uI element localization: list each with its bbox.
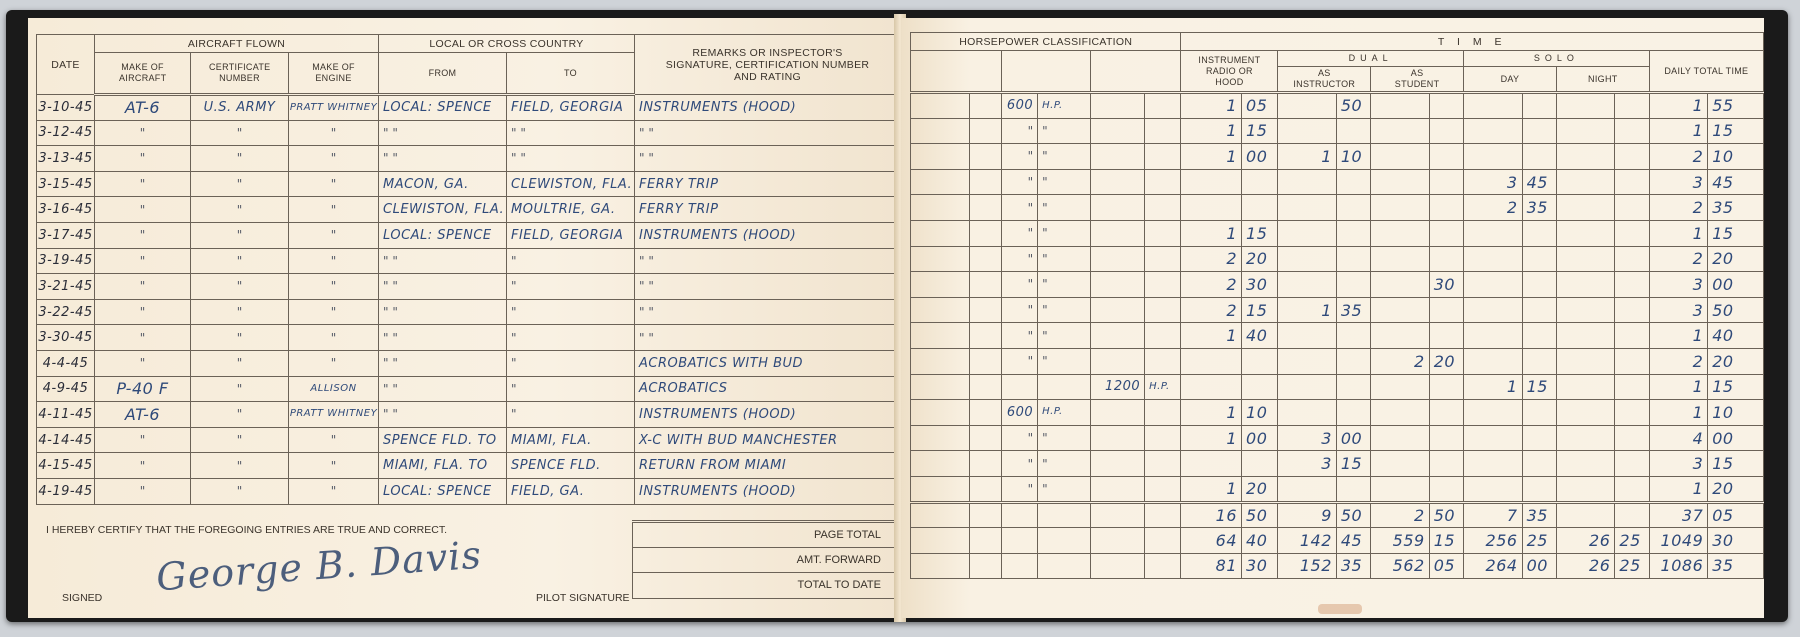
solo-night-hours	[1556, 272, 1615, 298]
dual-student-minutes: 20	[1429, 348, 1463, 374]
hp-600-value: 600	[1001, 93, 1037, 119]
pilot-signature: George B. Davis	[155, 533, 483, 600]
hp-cell	[911, 118, 970, 144]
dual-student-hours	[1371, 118, 1430, 144]
hp-1200-value	[1090, 451, 1145, 477]
dual-student-hours	[1371, 272, 1430, 298]
dual-student-total-hours: 562	[1371, 553, 1430, 579]
cell-from: " "	[379, 120, 507, 146]
instrument-hours	[1181, 348, 1242, 374]
header-from: FROM	[379, 53, 507, 95]
instrument-hours: 1	[1181, 323, 1242, 349]
cell-remarks: INSTRUMENTS (HOOD)	[635, 222, 901, 248]
dual-instructor-total-hours: 142	[1278, 528, 1337, 554]
dual-student-hours	[1371, 297, 1430, 323]
flight-log-left-table: DATE AIRCRAFT FLOWN LOCAL OR CROSS COUNT…	[36, 34, 901, 505]
log-row: 3-21-45"""" """ "	[37, 274, 901, 300]
solo-day-minutes	[1522, 348, 1556, 374]
log-row: 4-4-45"""" ""ACROBATICS WITH BUD	[37, 350, 901, 376]
cell-aircraft: "	[95, 325, 191, 351]
dual-student-minutes	[1429, 144, 1463, 170]
header-make-of-engine: MAKE OF ENGINE	[289, 53, 379, 95]
hp-1200-unit	[1145, 144, 1181, 170]
hp-cell	[969, 348, 1001, 374]
cell-from: LOCAL: SPENCE	[379, 95, 507, 121]
hp-cell	[911, 476, 970, 502]
log-row: 4-15-45"""MIAMI, FLA. TOSPENCE FLD.RETUR…	[37, 453, 901, 479]
cell-cert: "	[191, 222, 289, 248]
dual-instructor-hours	[1278, 169, 1337, 195]
hp-600-unit: "	[1038, 195, 1090, 221]
solo-day-total-hours: 256	[1464, 528, 1523, 554]
dual-instructor-minutes	[1336, 195, 1370, 221]
hp-600-value: "	[1001, 348, 1037, 374]
cell-to: "	[507, 274, 635, 300]
cell-date: 3-21-45	[37, 274, 95, 300]
hp-1200-unit	[1145, 118, 1181, 144]
dual-student-minutes	[1429, 451, 1463, 477]
hp-600-value: "	[1001, 272, 1037, 298]
hp-600-value: "	[1001, 246, 1037, 272]
hp-1200-value	[1090, 323, 1145, 349]
cell-aircraft: "	[95, 197, 191, 223]
dual-instructor-minutes: 10	[1336, 144, 1370, 170]
solo-day-minutes	[1522, 451, 1556, 477]
daily-total-hours: 1	[1649, 323, 1708, 349]
hp-cell	[969, 169, 1001, 195]
solo-day-minutes	[1522, 400, 1556, 426]
header-solo-night: NIGHT	[1556, 67, 1649, 93]
daily-total-hours: 3	[1649, 451, 1708, 477]
cell-from: " "	[379, 248, 507, 274]
solo-night-hours	[1556, 400, 1615, 426]
dual-instructor-minutes	[1336, 272, 1370, 298]
cell-cert: "	[191, 120, 289, 146]
header-time: T I M E	[1181, 33, 1764, 51]
hp-1200-value	[1090, 272, 1145, 298]
hp-1200-unit	[1145, 348, 1181, 374]
solo-day-minutes: 45	[1522, 169, 1556, 195]
daily-total-minutes: 15	[1708, 220, 1764, 246]
dual-student-hours	[1371, 425, 1430, 451]
hp-1200-value: 1200	[1090, 374, 1145, 400]
hp-600-unit: "	[1038, 118, 1090, 144]
instrument-hours: 1	[1181, 476, 1242, 502]
cell-engine: "	[289, 222, 379, 248]
hp-cell	[969, 93, 1001, 119]
hp-1200-unit	[1145, 323, 1181, 349]
hp-600-unit: "	[1038, 476, 1090, 502]
daily-total-total-minutes: 05	[1708, 502, 1764, 528]
solo-day-hours: 2	[1464, 195, 1523, 221]
dual-student-hours	[1371, 451, 1430, 477]
solo-night-hours	[1556, 220, 1615, 246]
header-remarks: REMARKS OR INSPECTOR'S SIGNATURE, CERTIF…	[635, 35, 901, 95]
dual-instructor-minutes: 50	[1336, 93, 1370, 119]
dual-instructor-hours: 3	[1278, 451, 1337, 477]
daily-total-minutes: 55	[1708, 93, 1764, 119]
daily-total-minutes: 10	[1708, 400, 1764, 426]
instrument-minutes: 20	[1242, 246, 1278, 272]
header-as-student: AS STUDENT	[1371, 67, 1464, 93]
log-row: ""215135350	[911, 297, 1764, 323]
dual-instructor-hours	[1278, 348, 1337, 374]
cell-date: 3-15-45	[37, 171, 95, 197]
dual-instructor-minutes	[1336, 348, 1370, 374]
hp-cell	[969, 451, 1001, 477]
left-page: DATE AIRCRAFT FLOWN LOCAL OR CROSS COUNT…	[28, 18, 900, 618]
solo-day-minutes	[1522, 476, 1556, 502]
hp-cell	[969, 144, 1001, 170]
daily-total-minutes: 10	[1708, 144, 1764, 170]
dual-instructor-hours	[1278, 220, 1337, 246]
cell-remarks: ACROBATICS	[635, 376, 901, 402]
cell-engine: PRATT WHITNEY	[289, 95, 379, 121]
cell-to: "	[507, 376, 635, 402]
cell-engine: "	[289, 478, 379, 504]
cell-from: LOCAL: SPENCE	[379, 478, 507, 504]
hp-cell	[911, 246, 970, 272]
cell-engine: "	[289, 197, 379, 223]
hp-1200-value	[1090, 195, 1145, 221]
cell-engine: "	[289, 299, 379, 325]
hp-cell	[969, 272, 1001, 298]
cell-from: " "	[379, 299, 507, 325]
daily-total-hours: 2	[1649, 144, 1708, 170]
dual-student-total-minutes: 05	[1429, 553, 1463, 579]
solo-night-hours	[1556, 297, 1615, 323]
dual-instructor-minutes	[1336, 169, 1370, 195]
solo-night-hours	[1556, 195, 1615, 221]
header-aircraft-flown: AIRCRAFT FLOWN	[95, 35, 379, 53]
solo-night-total-hours: 26	[1556, 553, 1615, 579]
cell-from: " "	[379, 325, 507, 351]
totals-row-amt-forward: 64401424555915256252625104930	[911, 528, 1764, 554]
dual-instructor-minutes: 00	[1336, 425, 1370, 451]
dual-student-minutes: 30	[1429, 272, 1463, 298]
daily-total-hours: 4	[1649, 425, 1708, 451]
daily-total-minutes: 45	[1708, 169, 1764, 195]
solo-day-minutes	[1522, 272, 1556, 298]
dual-instructor-hours	[1278, 374, 1337, 400]
log-row: ""100110210	[911, 144, 1764, 170]
cell-to: FIELD, GEORGIA	[507, 222, 635, 248]
solo-night-hours	[1556, 93, 1615, 119]
hp-cell	[911, 502, 970, 528]
hp-cell	[969, 323, 1001, 349]
cell-aircraft: "	[95, 299, 191, 325]
hp-1200-value	[1090, 144, 1145, 170]
hp-600-unit: "	[1038, 169, 1090, 195]
hp-cell	[969, 476, 1001, 502]
hp-col-3	[1090, 51, 1181, 93]
dual-instructor-hours	[1278, 400, 1337, 426]
hp-1200-unit	[1145, 93, 1181, 119]
daily-total-minutes: 50	[1708, 297, 1764, 323]
hp-1200-unit	[1145, 400, 1181, 426]
daily-total-hours: 1	[1649, 476, 1708, 502]
cell-engine: "	[289, 120, 379, 146]
cell-cert: "	[191, 478, 289, 504]
hp-600-value: "	[1001, 323, 1037, 349]
header-dual: DUAL	[1278, 51, 1464, 67]
solo-night-minutes	[1615, 169, 1649, 195]
dual-instructor-minutes: 15	[1336, 451, 1370, 477]
cell-date: 3-30-45	[37, 325, 95, 351]
solo-day-total-hours: 264	[1464, 553, 1523, 579]
cell-cert: "	[191, 453, 289, 479]
hp-1200-value	[1090, 348, 1145, 374]
solo-night-minutes	[1615, 374, 1649, 400]
cell-date: 4-15-45	[37, 453, 95, 479]
cell-engine: "	[289, 427, 379, 453]
solo-day-total-hours: 7	[1464, 502, 1523, 528]
cell-engine: "	[289, 274, 379, 300]
dual-instructor-total-hours: 9	[1278, 502, 1337, 528]
hp-cell	[911, 297, 970, 323]
cell-to: " "	[507, 146, 635, 172]
dual-instructor-hours: 1	[1278, 144, 1337, 170]
log-row: 3-17-45"""LOCAL: SPENCEFIELD, GEORGIAINS…	[37, 222, 901, 248]
solo-night-total-minutes: 25	[1615, 528, 1649, 554]
solo-day-minutes	[1522, 323, 1556, 349]
instrument-minutes: 40	[1242, 323, 1278, 349]
solo-day-hours	[1464, 144, 1523, 170]
dual-student-minutes	[1429, 297, 1463, 323]
hp-cell	[1090, 502, 1145, 528]
dual-student-minutes	[1429, 425, 1463, 451]
hp-600-unit: H.P.	[1038, 93, 1090, 119]
hp-cell	[911, 220, 970, 246]
hp-600-unit: "	[1038, 144, 1090, 170]
log-row: 4-14-45"""SPENCE FLD. TOMIAMI, FLA.X-C W…	[37, 427, 901, 453]
header-local-or-cross-country: LOCAL OR CROSS COUNTRY	[379, 35, 635, 53]
solo-night-minutes	[1615, 297, 1649, 323]
cell-to: "	[507, 350, 635, 376]
solo-day-minutes	[1522, 118, 1556, 144]
hp-1200-unit	[1145, 297, 1181, 323]
instrument-hours	[1181, 451, 1242, 477]
dual-instructor-minutes	[1336, 246, 1370, 272]
solo-night-minutes	[1615, 246, 1649, 272]
hp-600-unit: H.P.	[1038, 400, 1090, 426]
solo-day-hours	[1464, 246, 1523, 272]
hp-600-unit	[1038, 374, 1090, 400]
cell-aircraft: "	[95, 222, 191, 248]
solo-night-minutes	[1615, 220, 1649, 246]
right-page: HORSEPOWER CLASSIFICATION T I M E INSTRU…	[902, 18, 1764, 618]
header-to: TO	[507, 53, 635, 95]
solo-day-hours: 1	[1464, 374, 1523, 400]
cell-remarks: X-C WITH BUD MANCHESTER	[635, 427, 901, 453]
cell-date: 3-22-45	[37, 299, 95, 325]
cell-remarks: INSTRUMENTS (HOOD)	[635, 95, 901, 121]
hp-1200-value	[1090, 169, 1145, 195]
log-row: ""140140	[911, 323, 1764, 349]
daily-total-total-minutes: 30	[1708, 528, 1764, 554]
instrument-hours: 1	[1181, 118, 1242, 144]
hp-600-value: "	[1001, 220, 1037, 246]
dual-instructor-minutes	[1336, 220, 1370, 246]
cell-to: FIELD, GEORGIA	[507, 95, 635, 121]
cell-remarks: RETURN FROM MIAMI	[635, 453, 901, 479]
dual-student-total-hours: 2	[1371, 502, 1430, 528]
solo-day-hours	[1464, 93, 1523, 119]
cell-cert: "	[191, 350, 289, 376]
daily-total-total-hours: 1049	[1649, 528, 1708, 554]
cell-from: LOCAL: SPENCE	[379, 222, 507, 248]
log-row: 3-15-45"""MACON, GA.CLEWISTON, FLA.FERRY…	[37, 171, 901, 197]
cell-date: 3-17-45	[37, 222, 95, 248]
cell-aircraft: "	[95, 350, 191, 376]
instrument-minutes	[1242, 348, 1278, 374]
solo-night-minutes	[1615, 118, 1649, 144]
instrument-hours: 2	[1181, 272, 1242, 298]
hp-600-value: "	[1001, 169, 1037, 195]
solo-day-minutes	[1522, 220, 1556, 246]
cell-date: 3-10-45	[37, 95, 95, 121]
hp-600-unit: "	[1038, 425, 1090, 451]
dual-instructor-hours	[1278, 93, 1337, 119]
hp-600-unit: "	[1038, 451, 1090, 477]
hp-1200-unit	[1145, 220, 1181, 246]
hp-cell	[969, 425, 1001, 451]
solo-day-hours	[1464, 425, 1523, 451]
instrument-minutes	[1242, 169, 1278, 195]
cell-date: 4-11-45	[37, 402, 95, 428]
solo-night-hours	[1556, 118, 1615, 144]
instrument-minutes: 15	[1242, 297, 1278, 323]
dual-student-hours	[1371, 400, 1430, 426]
hp-600-value: "	[1001, 118, 1037, 144]
hp-1200-value	[1090, 425, 1145, 451]
solo-day-hours	[1464, 348, 1523, 374]
instrument-total-minutes: 30	[1242, 553, 1278, 579]
hp-cell	[969, 400, 1001, 426]
instrument-minutes: 15	[1242, 220, 1278, 246]
hp-1200-unit: H.P.	[1145, 374, 1181, 400]
dual-instructor-minutes: 35	[1336, 297, 1370, 323]
daily-total-total-hours: 1086	[1649, 553, 1708, 579]
log-row: 600H.P.10550155	[911, 93, 1764, 119]
dual-student-minutes	[1429, 195, 1463, 221]
log-row: 3-12-45"""" "" "" "	[37, 120, 901, 146]
solo-night-hours	[1556, 348, 1615, 374]
dual-student-minutes	[1429, 476, 1463, 502]
signed-label: SIGNED	[62, 592, 102, 604]
log-row: ""315315	[911, 451, 1764, 477]
solo-day-minutes	[1522, 144, 1556, 170]
solo-day-total-minutes: 35	[1522, 502, 1556, 528]
cell-from: CLEWISTON, FLA.	[379, 197, 507, 223]
cell-from: MIAMI, FLA. TO	[379, 453, 507, 479]
hp-600-unit: "	[1038, 348, 1090, 374]
cell-engine: "	[289, 248, 379, 274]
header-solo-day: DAY	[1464, 67, 1557, 93]
cell-aircraft: "	[95, 171, 191, 197]
cell-cert: "	[191, 402, 289, 428]
cell-cert: U.S. ARMY	[191, 95, 289, 121]
dual-instructor-minutes	[1336, 374, 1370, 400]
cell-remarks: INSTRUMENTS (HOOD)	[635, 402, 901, 428]
solo-night-hours	[1556, 144, 1615, 170]
log-row: 3-10-45AT-6U.S. ARMYPRATT WHITNEYLOCAL: …	[37, 95, 901, 121]
cell-engine: "	[289, 146, 379, 172]
solo-day-hours	[1464, 476, 1523, 502]
daily-total-minutes: 40	[1708, 323, 1764, 349]
cell-date: 4-14-45	[37, 427, 95, 453]
header-make-of-aircraft: MAKE OF AIRCRAFT	[95, 53, 191, 95]
solo-day-hours	[1464, 400, 1523, 426]
hp-cell	[1001, 553, 1037, 579]
cell-engine: "	[289, 350, 379, 376]
solo-day-total-minutes: 25	[1522, 528, 1556, 554]
cell-aircraft: "	[95, 453, 191, 479]
cell-engine: "	[289, 453, 379, 479]
certification-statement: I HEREBY CERTIFY THAT THE FOREGOING ENTR…	[46, 524, 447, 536]
cell-aircraft: "	[95, 248, 191, 274]
dual-instructor-hours: 1	[1278, 297, 1337, 323]
hp-cell	[911, 323, 970, 349]
cell-cert: "	[191, 197, 289, 223]
cell-from: " "	[379, 376, 507, 402]
dual-student-hours: 2	[1371, 348, 1430, 374]
hp-600-value	[1001, 374, 1037, 400]
cell-aircraft: AT-6	[95, 402, 191, 428]
log-row: 3-13-45"""" "" "" "	[37, 146, 901, 172]
solo-night-minutes	[1615, 195, 1649, 221]
solo-night-hours	[1556, 476, 1615, 502]
instrument-hours	[1181, 195, 1242, 221]
header-instrument-radio-or-hood: INSTRUMENT RADIO OR HOOD	[1181, 51, 1278, 93]
hp-600-unit: "	[1038, 297, 1090, 323]
log-row: ""220220	[911, 348, 1764, 374]
left-totals-labels: PAGE TOTAL AMT. FORWARD TOTAL TO DATE	[632, 520, 900, 599]
cell-aircraft: "	[95, 478, 191, 504]
cell-date: 3-19-45	[37, 248, 95, 274]
daily-total-minutes: 20	[1708, 348, 1764, 374]
instrument-hours: 1	[1181, 425, 1242, 451]
cell-engine: ALLISON	[289, 376, 379, 402]
solo-night-total-hours	[1556, 502, 1615, 528]
hp-1200-unit	[1145, 169, 1181, 195]
paper-stain	[1318, 604, 1362, 614]
hp-cell	[911, 425, 970, 451]
solo-day-minutes: 35	[1522, 195, 1556, 221]
daily-total-minutes: 15	[1708, 451, 1764, 477]
solo-night-hours	[1556, 323, 1615, 349]
log-row: 3-22-45"""" """ "	[37, 299, 901, 325]
hp-1200-value	[1090, 118, 1145, 144]
daily-total-hours: 2	[1649, 348, 1708, 374]
cell-engine: "	[289, 325, 379, 351]
dual-student-hours	[1371, 374, 1430, 400]
instrument-hours: 1	[1181, 220, 1242, 246]
instrument-minutes: 00	[1242, 425, 1278, 451]
cell-from: " "	[379, 402, 507, 428]
hp-600-unit: "	[1038, 272, 1090, 298]
hp-cell	[911, 144, 970, 170]
solo-night-hours	[1556, 451, 1615, 477]
solo-night-total-minutes: 25	[1615, 553, 1649, 579]
hp-cell	[969, 528, 1001, 554]
dual-instructor-minutes	[1336, 118, 1370, 144]
hp-1200-value	[1090, 220, 1145, 246]
log-row: ""115115	[911, 118, 1764, 144]
hp-600-value: "	[1001, 144, 1037, 170]
cell-aircraft: "	[95, 146, 191, 172]
daily-total-total-minutes: 35	[1708, 553, 1764, 579]
